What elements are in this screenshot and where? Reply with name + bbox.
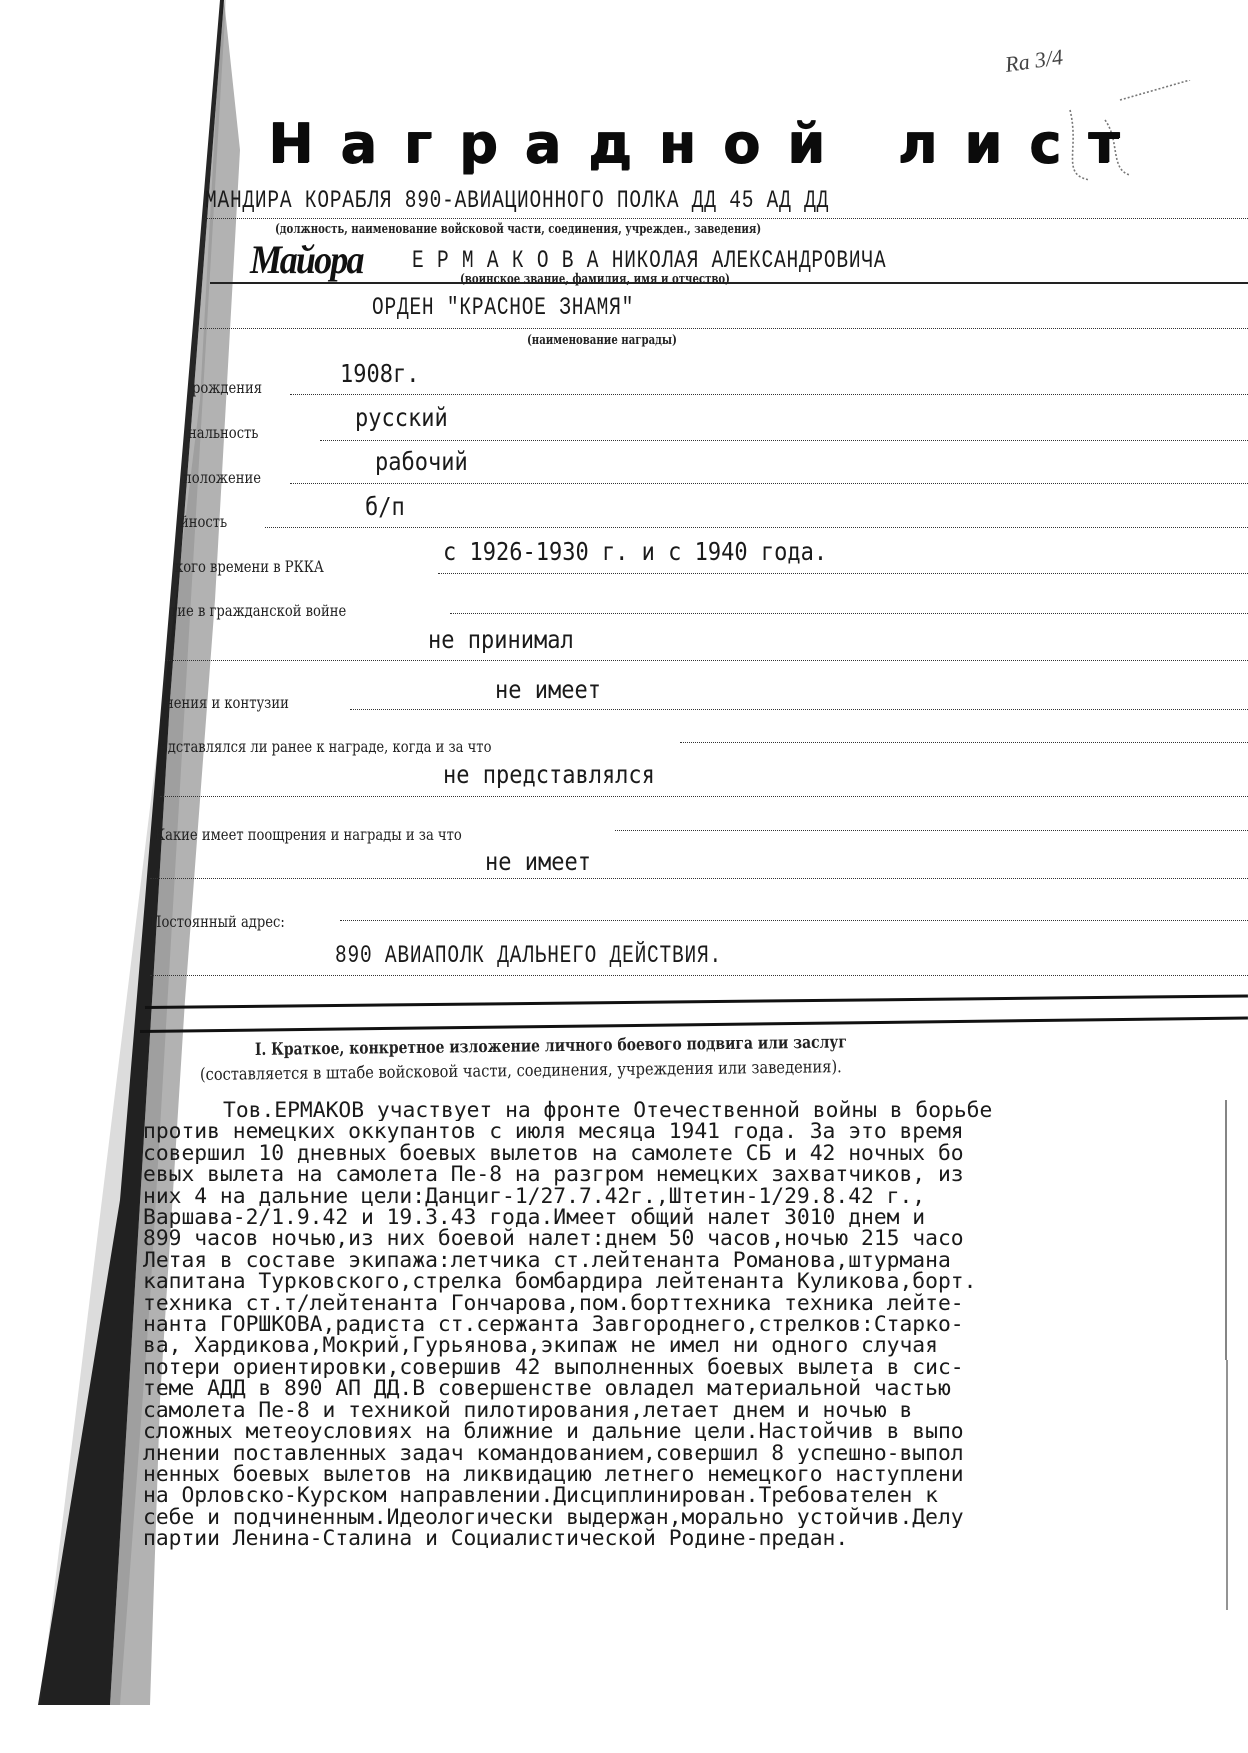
narrative-line: на Орловско-Курском направлении.Дисципли…	[143, 1485, 1228, 1506]
field-value-social-status: рабочий	[375, 448, 468, 477]
narrative-line: техника ст.т/лейтенанта Гончарова,пом.бо…	[143, 1293, 1228, 1314]
field-value-commendations: не имеет	[485, 848, 591, 877]
name-caption: (воинское звание, фамилия, имя и отчеств…	[460, 272, 730, 287]
narrative-line: Тов.ЕРМАКОВ участвует на фронте Отечеств…	[143, 1100, 1228, 1121]
field-value-party: б/п	[365, 493, 405, 522]
narrative-line: самолета Пе-8 и техникой пилотирования,л…	[143, 1400, 1228, 1421]
field-value-birth-year: 1908г.	[340, 360, 419, 389]
field-value-previous-awards: не представлялся	[443, 761, 655, 790]
narrative-line: евых вылета на самолета Пе-8 на разгром …	[143, 1164, 1228, 1185]
field-label-address: Постоянный адрес:	[150, 912, 285, 931]
field-label-commendations: Какие имеет поощрения и награды и за что	[155, 825, 462, 844]
citation-narrative: Тов.ЕРМАКОВ участвует на фронте Отечеств…	[143, 1100, 1228, 1550]
narrative-line: капитана Турковского,стрелка бомбардира …	[143, 1271, 1228, 1292]
narrative-line: теме АДД в 890 АП ДД.В совершенстве овла…	[143, 1378, 1228, 1399]
narrative-line: лнении поставленных задач командованием,…	[143, 1443, 1228, 1464]
position-caption: (должность, наименование войсковой части…	[275, 222, 761, 237]
position-value: МАНДИРА КОРАБЛЯ 890-АВИАЦИОННОГО ПОЛКА Д…	[205, 186, 829, 215]
field-label-previous-awards: едставлялся ли ранее к награде, когда и …	[160, 737, 491, 756]
narrative-line: них 4 на дальние цели:Данциг-1/27.7.42г.…	[143, 1186, 1228, 1207]
document-title: Наградной лист	[268, 112, 1146, 175]
award-value: ОРДЕН "КРАСНОЕ ЗНАМЯ"	[372, 293, 634, 322]
narrative-line: нанта ГОРШКОВА,радиста ст.сержанта Завго…	[143, 1314, 1228, 1335]
narrative-line: сложных метеоусловиях на ближние и дальн…	[143, 1421, 1228, 1442]
field-label-social-status: положение	[183, 468, 261, 487]
narrative-line: 899 часов ночью,из них боевой налет:днем…	[143, 1228, 1228, 1249]
narrative-line: ва, Хардикова,Мокрий,Гурьянова,экипаж не…	[143, 1335, 1228, 1356]
narrative-line: против немецких оккупантов с июля месяца…	[143, 1121, 1228, 1142]
narrative-line: партии Ленина-Сталина и Социалистической…	[143, 1528, 1228, 1549]
field-value-service-since: с 1926-1930 г. и с 1940 года.	[443, 538, 827, 567]
field-value-civil-war: не принимал	[428, 626, 574, 655]
field-label-party: йность	[180, 512, 227, 531]
field-value-nationality: русский	[355, 404, 448, 433]
field-label-nationality: нальность	[188, 423, 258, 442]
rank-handwritten: Майора	[250, 236, 363, 283]
field-label-service-since: кого времени в РККА	[175, 557, 324, 576]
field-label-birth-year: рождения	[192, 378, 262, 397]
narrative-line: себе и подчиненным.Идеологически выдержа…	[143, 1507, 1228, 1528]
narrative-line: Варшава-2/1.9.42 и 19.3.43 года.Имеет об…	[143, 1207, 1228, 1228]
narrative-line: ненных боевых вылетов на ликвидацию летн…	[143, 1464, 1228, 1485]
award-caption: (наименование награды)	[527, 333, 677, 348]
field-label-wounds: нения и контузии	[165, 693, 289, 712]
narrative-line: потери ориентировки,совершив 42 выполнен…	[143, 1357, 1228, 1378]
name-value: Е Р М А К О В А НИКОЛАЯ АЛЕКСАНДРОВИЧА	[412, 246, 886, 275]
narrative-line: Летая в составе экипажа:летчика ст.лейте…	[143, 1250, 1228, 1271]
field-value-wounds: не имеет	[495, 676, 601, 705]
narrative-line: совершил 10 дневных боевых вылетов на са…	[143, 1143, 1228, 1164]
field-label-civil-war: тие в гражданской войне	[170, 601, 346, 620]
field-value-address: 890 АВИАПОЛК ДАЛЬНЕГО ДЕЙСТВИЯ.	[335, 941, 722, 970]
